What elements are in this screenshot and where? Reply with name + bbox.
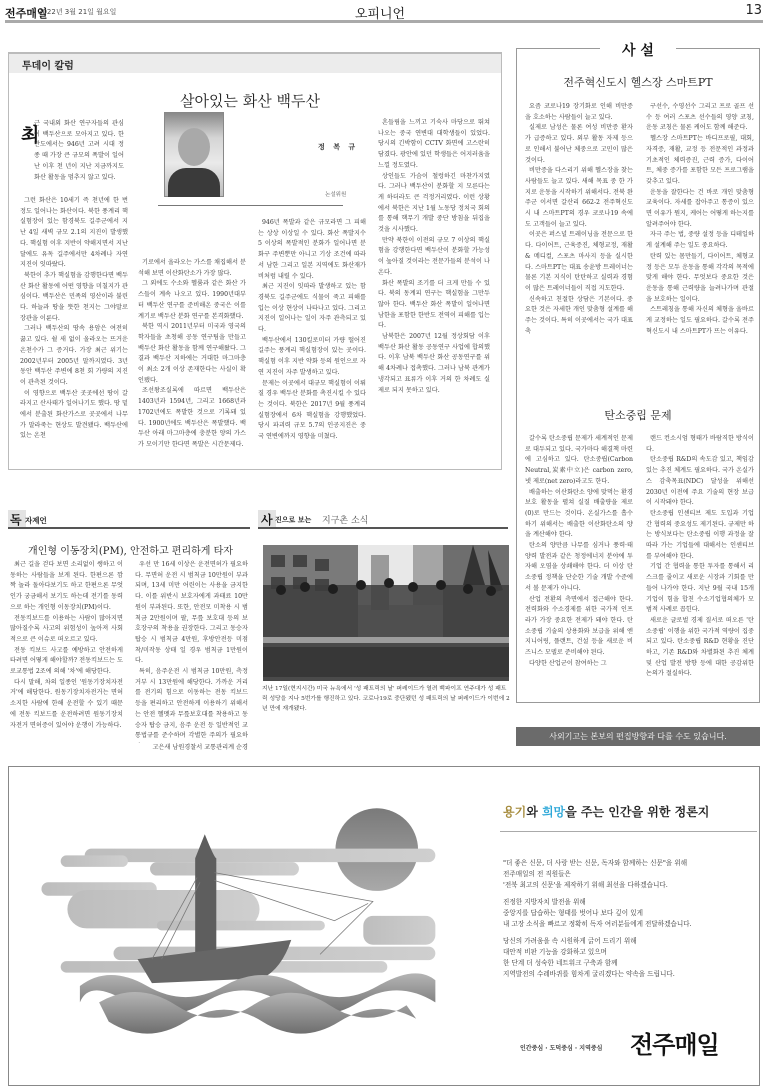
reader-col2: 우선 만 16세 이상은 운전면허가 필요하다. 무면허 운전 시 범칙금 10…: [135, 560, 248, 743]
today-col1-body: 그런 화산은 10세기 즉 천년에 한 번 정도 일어나는 화산이다. 북한 풍…: [20, 196, 128, 466]
contribution-notice: 사외기고는 본보의 편집방향과 다를 수도 있습니다.: [516, 727, 760, 746]
author-role: 논설위원: [325, 190, 346, 198]
editorial1-col1: 요즘 코로나19 장기화로 인해 비만증을 호소하는 사람들이 늘고 있다. 실…: [525, 102, 633, 390]
today-column-title: 살아있는 화산 백두산: [100, 90, 400, 111]
author-rule: [158, 205, 343, 206]
ad-headline-gold: 용기: [503, 805, 526, 819]
ad-headline: 용기와 희망을 주는 인간을 위한 정론지: [503, 803, 709, 820]
masthead-date: 2022년 3월 21일 월요일: [38, 7, 116, 17]
reader-byline: 고은새 남원경찰서 교통관리계 순경: [135, 743, 248, 754]
today-col2: 기로에서 올라오는 가스를 채집해서 분석해 보면 이산화탄소가 가장 많다. …: [138, 258, 246, 466]
reader-col1: 최근 길을 걷다 보면 소리없이 쌩하고 이동하는 사람들을 보게 된다. 한편…: [10, 560, 123, 755]
photo-news-caption: 지난 17일(현지시간) 미국 뉴욕에서 '성 패트릭의 날' 퍼레이드가 열려…: [262, 684, 510, 714]
reader-column-cap: 독: [10, 511, 22, 528]
page-number: 13: [745, 3, 762, 18]
today-col4: 흔들림을 느끼고 기숙사 마당으로 뛰쳐나오는 중국 연변대 대학생들이 있었다…: [378, 118, 490, 466]
editorial1-col2: 구선수, 수영선수 그리고 프로 골프 선수 등 여러 스포츠 선수들의 영양 …: [646, 102, 754, 390]
photo-news-label-light: 지구촌 소식: [322, 513, 368, 526]
today-column-header: [9, 54, 501, 73]
editorial2-col1: 갈수록 탄소중립 문제가 세계적인 문제로 대두되고 있다. 국가마다 해결책 …: [525, 434, 633, 699]
today-col3: 946년 폭발과 같은 규모라면 그 피해는 상상 이상일 수 있다. 화산 폭…: [258, 218, 366, 466]
editorial-title-2: 탄소중립 문제: [520, 407, 756, 423]
today-column-label: 투데이 칼럼: [22, 57, 74, 72]
photo-news-rule: [258, 527, 508, 529]
ad-logo: 전주매일: [630, 1025, 719, 1060]
ad-headline-blue: 희망: [542, 805, 565, 819]
author-name: 정 복 규: [318, 142, 358, 152]
ad-illustration-ship: [9, 767, 439, 1085]
ad-body: "더 좋은 신문, 더 사랑 받는 신문, 독자와 함께하는 신문"을 위해 전…: [503, 858, 753, 980]
ad-slogan: 인간중심 · 도덕중심 · 지역중심: [520, 1043, 602, 1052]
photo-news-cap: 사: [261, 511, 273, 528]
photo-news-label-bold: 진으로 보는: [275, 515, 311, 525]
author-photo-suit: [168, 168, 220, 197]
masthead-rule: [5, 20, 763, 23]
editorial-label: 사 설: [600, 40, 676, 60]
parade-photo: [263, 545, 509, 681]
reader-column-title: 개인형 이동장치(PM), 안전하고 편리하게 타자: [8, 542, 253, 557]
editorial2-col2: 랜드 컨소시엄 형태가 바람직한 방식이다. 탄소중립 R&D의 속도감 있고,…: [646, 434, 754, 699]
author-photo-face: [178, 128, 210, 166]
reader-column-rule: [8, 527, 250, 529]
reader-column-label: 자제언: [25, 515, 47, 526]
editorial-title-1: 전주혁신도시 헬스장 스마트PT: [520, 74, 756, 90]
ad-rule: [500, 831, 757, 832]
